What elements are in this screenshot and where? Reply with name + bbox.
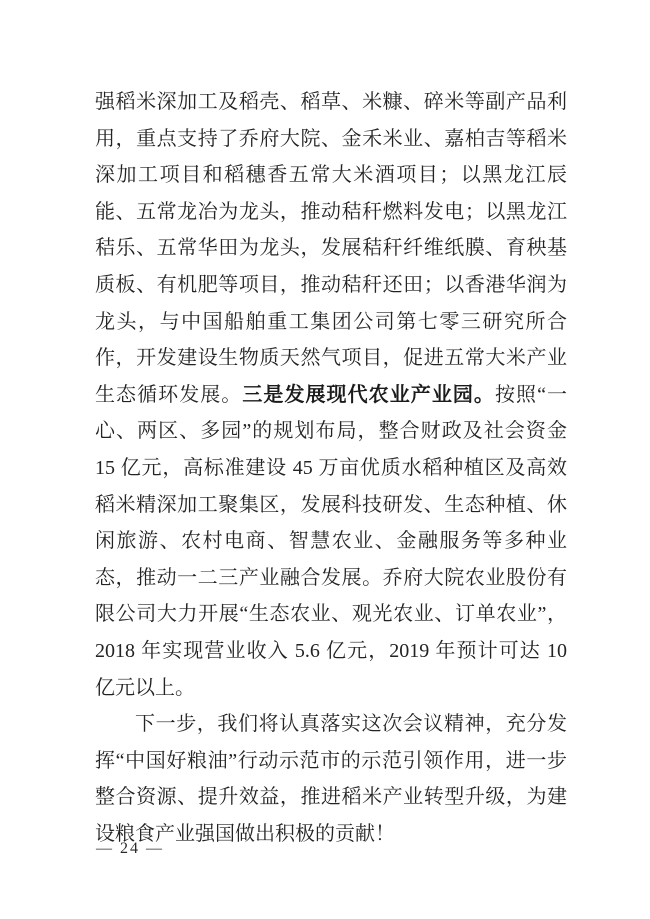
para1-text-after-bold: 按照“一心、两区、多园”的规划布局，整合财政及社会资金 15 亿元，高标准建设 … [95, 384, 567, 699]
page-number: — 24 — [96, 840, 164, 857]
document-body: 强稻米深加工及稻壳、稻草、米糠、碎米等副产品利用，重点支持了乔府大院、金禾米业、… [95, 84, 567, 852]
page-footer: — 24 — [96, 840, 164, 858]
para1-text-before-bold: 强稻米深加工及稻壳、稻草、米糠、碎米等副产品利用，重点支持了乔府大院、金禾米业、… [95, 91, 567, 406]
document-page: 强稻米深加工及稻壳、稻草、米糠、碎米等副产品利用，重点支持了乔府大院、金禾米业、… [0, 0, 650, 919]
paragraph-closing: 下一步，我们将认真落实这次会议精神，充分发挥“中国好粮油”行动示范市的示范引领作… [95, 706, 567, 852]
paragraph-continuation: 强稻米深加工及稻壳、稻草、米糠、碎米等副产品利用，重点支持了乔府大院、金禾米业、… [95, 84, 567, 706]
para1-bold-subheading: 三是发展现代农业产业园。 [242, 384, 495, 406]
